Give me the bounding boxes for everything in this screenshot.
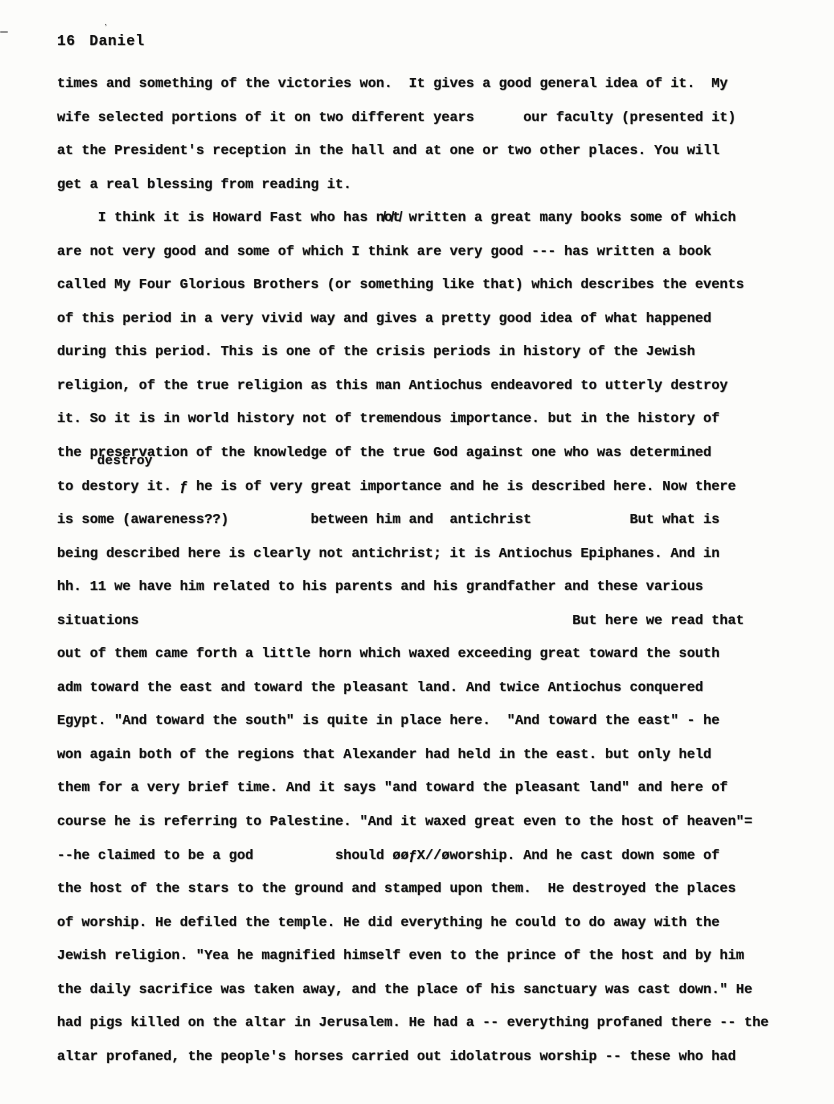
text-line: get a real blessing from reading it. (57, 169, 834, 203)
text-line: wife selected portions of it on two diff… (57, 102, 834, 136)
text-line: altar profaned, the people's horses carr… (57, 1041, 834, 1075)
text-line: I think it is Howard Fast who has n̸o̸t̸… (57, 202, 834, 236)
text-line: the host of the stars to the ground and … (57, 873, 834, 907)
scan-speck (0, 31, 8, 33)
document-page: 16Daniel ʼ times and something of the vi… (0, 0, 834, 1104)
text-line: of worship. He defiled the temple. He di… (57, 907, 834, 941)
text-line: are not very good and some of which I th… (57, 236, 834, 270)
text-line: situations But here we read that (57, 605, 834, 639)
text-line: won again both of the regions that Alexa… (57, 739, 834, 773)
text-line: to destory it. ƒ he is of very great imp… (57, 471, 834, 505)
text-line: out of them came forth a little horn whi… (57, 638, 834, 672)
text-line: hh. 11 we have him related to his parent… (57, 571, 834, 605)
text-line: of this period in a very vivid way and g… (57, 303, 834, 337)
text-line: adm toward the east and toward the pleas… (57, 672, 834, 706)
text-line: called My Four Glorious Brothers (or som… (57, 269, 834, 303)
text-line: religion, of the true religion as this m… (57, 370, 834, 404)
text-line: is some (awareness??) between him and an… (57, 504, 834, 538)
text-line: the daily sacrifice was taken away, and … (57, 974, 834, 1008)
text-line: Egypt. "And toward the south" is quite i… (57, 705, 834, 739)
text-line: had pigs killed on the altar in Jerusale… (57, 1007, 834, 1041)
text-line: it. So it is in world history not of tre… (57, 403, 834, 437)
text-line: --he claimed to be a god should øøƒX//øw… (57, 840, 834, 874)
page-header: 16Daniel (57, 34, 145, 50)
text-line: times and something of the victories won… (57, 68, 834, 102)
text-line: them for a very brief time. And it says … (57, 772, 834, 806)
interlinear-correction: destroy (97, 454, 152, 468)
text-line: Jewish religion. "Yea he magnified himse… (57, 940, 834, 974)
page-number: 16 (57, 34, 75, 50)
typescript-body: times and something of the victories won… (57, 68, 834, 1074)
page-title: Daniel (89, 34, 144, 50)
text-line: being described here is clearly not anti… (57, 538, 834, 572)
text-line: course he is referring to Palestine. "An… (57, 806, 834, 840)
text-line: the preservation of the knowledge of the… (57, 437, 834, 471)
text-line: at the President's reception in the hall… (57, 135, 834, 169)
text-line: during this period. This is one of the c… (57, 336, 834, 370)
